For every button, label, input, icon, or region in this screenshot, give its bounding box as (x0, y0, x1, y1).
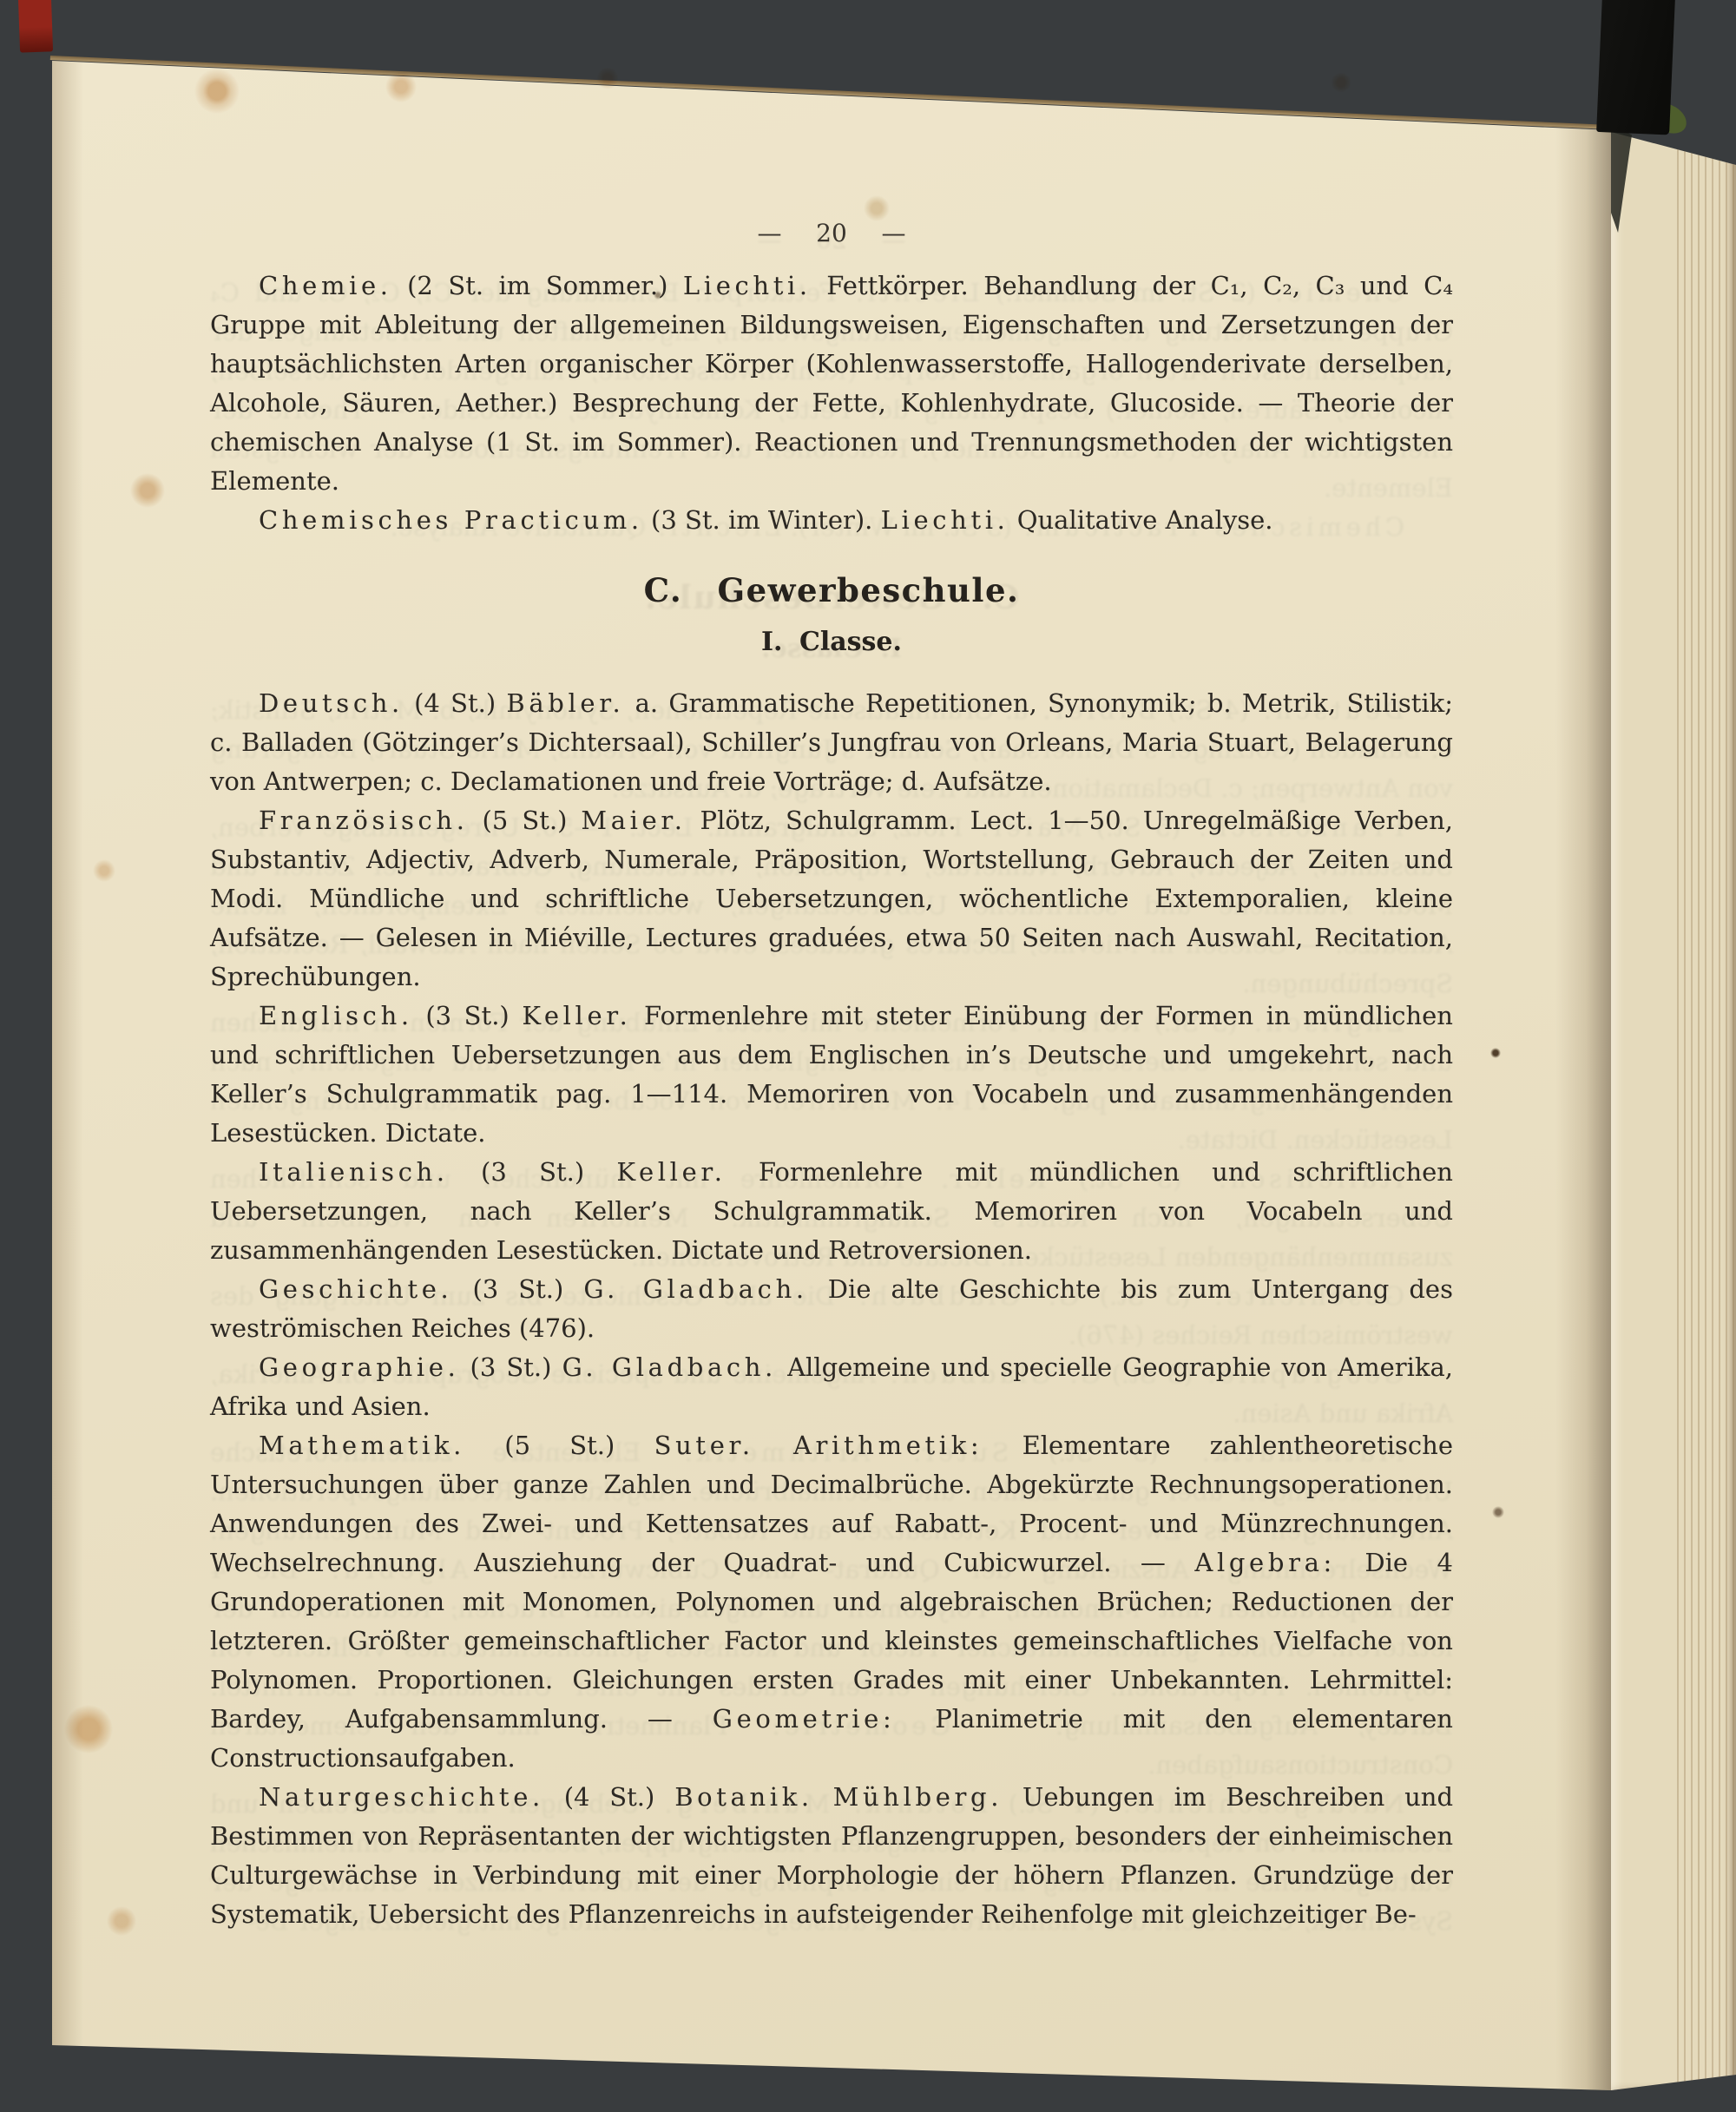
spaced-term: Keller. (616, 1157, 726, 1187)
spaced-term: Englisch. (259, 1001, 413, 1030)
scanned-page: — 20 — Chemie. (2 St. im Sommer.) Liecht… (52, 49, 1611, 2090)
spaced-term: Italienisch. (259, 1157, 449, 1187)
spaced-term: Botanik. (674, 1782, 813, 1812)
paragraph-text: (2 St. im Sommer.) (392, 271, 683, 300)
spaced-term: G. Gladbach. (562, 1352, 777, 1382)
red-spine-fragment (18, 0, 53, 53)
paragraph-franzoesisch: Französisch. (5 St.) Maier. Plötz, Schul… (210, 801, 1453, 997)
spaced-term: Bäbler. (506, 688, 624, 718)
paragraph-text: (5 St.) (465, 1431, 654, 1460)
paragraph-text: Fettkörper. Behandlung der C₁, C₂, C₃ un… (210, 271, 1453, 496)
page-edge-stack (1611, 52, 1736, 2090)
paragraph-italienisch: Italienisch. (3 St.) Keller. Formenlehre… (210, 1153, 1453, 1270)
paragraph-text: (4 St.) (404, 688, 507, 718)
paragraph-naturgeschichte: Naturgeschichte. (4 St.) Botanik. Mühlbe… (210, 1778, 1453, 1934)
spaced-term: Naturgeschichte. (259, 1782, 544, 1812)
paragraph-text: (4 St.) (544, 1782, 674, 1812)
spaced-term: Mühlberg. (833, 1782, 1003, 1812)
paragraph-chemisches-practicum: Chemisches Practicum. (3 St. im Winter).… (210, 501, 1453, 540)
paragraph-text: (3 St.) (452, 1274, 583, 1304)
paragraph-text: (3 St. im Winter). (643, 505, 881, 535)
spaced-term: Deutsch. (259, 688, 404, 718)
paragraph-text (813, 1782, 833, 1812)
paragraph-text (754, 1431, 793, 1460)
spaced-term: Suter. (654, 1431, 754, 1460)
spaced-term: Arithmetik: (793, 1431, 983, 1460)
text-column: — 20 — Chemie. (2 St. im Sommer.) Liecht… (210, 214, 1453, 1934)
paragraph-text: (5 St.) (469, 806, 582, 835)
photo-background: — 20 — Chemie. (2 St. im Sommer.) Liecht… (0, 0, 1736, 2112)
paragraph-englisch: Englisch. (3 St.) Keller. Formenlehre mi… (210, 997, 1453, 1153)
spaced-term: Liechti. (881, 505, 1009, 535)
spaced-term: Geometrie: (713, 1704, 896, 1734)
paragraph-text: (3 St.) (459, 1352, 562, 1382)
paragraph-text: (3 St.) (413, 1001, 523, 1030)
spaced-term: Geographie. (259, 1352, 459, 1382)
bookmark-ribbon (1596, 0, 1675, 135)
spaced-term: Chemisches Practicum. (259, 505, 643, 535)
subheading-classe-1: I. Classe. (210, 622, 1453, 661)
paragraph-geographie: Geographie. (3 St.) G. Gladbach. Allgeme… (210, 1348, 1453, 1426)
spaced-term: Geschichte. (259, 1274, 452, 1304)
spaced-term: G. Gladbach. (583, 1274, 807, 1304)
spaced-term: Französisch. (259, 806, 469, 835)
paragraph-text: Qualitative Analyse. (1009, 505, 1273, 535)
paragraph-chemie: Chemie. (2 St. im Sommer.) Liechti. Fett… (210, 266, 1453, 501)
paragraph-geschichte: Geschichte. (3 St.) G. Gladbach. Die alt… (210, 1270, 1453, 1348)
heading-gewerbeschule: C. Gewerbeschule. (210, 571, 1453, 610)
spaced-term: Liechti. (683, 271, 812, 300)
spaced-term: Mathematik. (259, 1431, 465, 1460)
page-number: — 20 — (210, 214, 1453, 253)
spaced-term: Chemie. (259, 271, 392, 300)
paragraph-mathematik: Mathematik. (5 St.) Suter. Arithmetik: E… (210, 1426, 1453, 1778)
spaced-term: Maier. (581, 806, 686, 835)
paragraph-deutsch: Deutsch. (4 St.) Bäbler. a. Grammatische… (210, 684, 1453, 801)
spaced-term: Algebra: (1194, 1548, 1336, 1577)
paragraph-text: (3 St.) (449, 1157, 617, 1187)
spaced-term: Keller. (522, 1001, 631, 1030)
